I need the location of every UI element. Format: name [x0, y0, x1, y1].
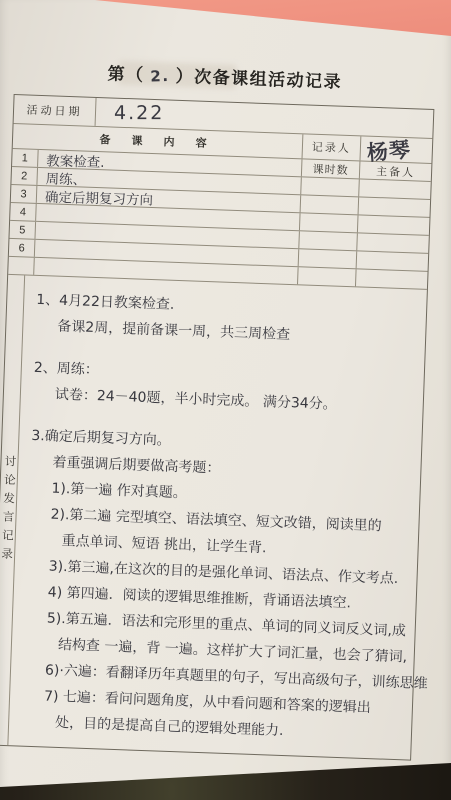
empty-cell — [357, 251, 429, 271]
activity-date-label: 活动日期 — [14, 95, 97, 126]
row-number: 1 — [12, 149, 39, 167]
form-table: 活动日期 4.22 备 课 内 容 记录人 杨琴 1 教案检查. 课时数 — [0, 94, 434, 761]
title-session-number: 2. — [144, 67, 176, 86]
recorder-signature: 杨琴 — [366, 134, 412, 168]
title-prefix: 第（ — [107, 64, 145, 84]
empty-cell — [301, 195, 360, 214]
empty-cell — [298, 267, 357, 286]
hours-value-cell — [301, 177, 360, 196]
empty-cell — [299, 231, 358, 250]
row-number: 5 — [9, 221, 36, 239]
recorder-label: 记录人 — [303, 134, 362, 160]
photo-background: 第（2.）次备课组活动记录 活动日期 4.22 备 课 内 容 记录人 杨琴 — [0, 0, 451, 800]
row-number: 3 — [11, 185, 38, 203]
empty-cell — [356, 269, 428, 289]
empty-cell — [358, 215, 430, 235]
notes-area: 1、4月22日教案检查. 备课2周，提前备课一周，共三周检查 2、周练： 试卷：… — [8, 276, 445, 761]
row-content-text: 周练、 — [45, 167, 86, 188]
row-number: 2 — [11, 167, 38, 185]
title-suffix: ）次备课组活动记录 — [175, 67, 342, 92]
paper-sheet: 第（2.）次备课组活动记录 活动日期 4.22 备 课 内 容 记录人 杨琴 — [0, 0, 451, 800]
empty-cell — [8, 257, 35, 275]
recorder-value-cell: 杨琴 — [360, 136, 432, 163]
row-number: 6 — [9, 239, 36, 257]
form-content: 第（2.）次备课组活动记录 活动日期 4.22 备 课 内 容 记录人 杨琴 — [0, 56, 436, 761]
activity-date-value: 4.22 — [96, 102, 164, 124]
empty-cell — [359, 197, 431, 217]
hours-label: 课时数 — [302, 159, 361, 178]
empty-cell — [357, 233, 429, 253]
empty-cell — [300, 213, 359, 232]
discussion-row: 讨论发言记录 1、4月22日教案检查. 备课2周，提前备课一周，共三周检查 2、… — [0, 274, 427, 760]
main-preparer-value-cell — [359, 179, 431, 199]
row-number: 4 — [10, 203, 37, 221]
row-content-text: 确定后期复习方向 — [45, 185, 154, 208]
empty-cell — [299, 249, 358, 268]
